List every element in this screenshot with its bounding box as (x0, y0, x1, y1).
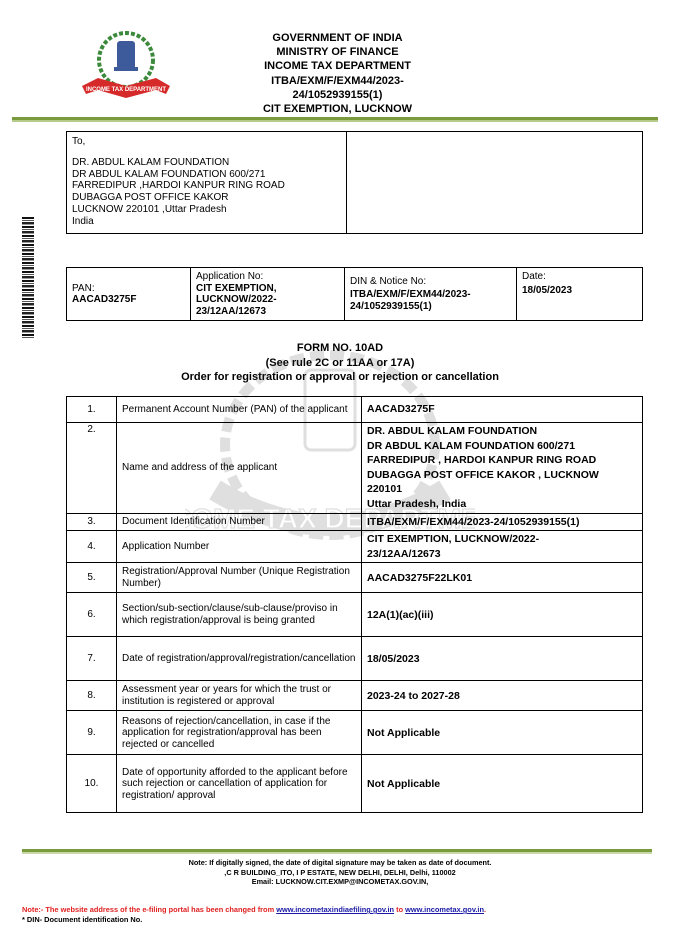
row-value-line: Uttar Pradesh, India (367, 497, 637, 512)
table-row: 3.Document Identification NumberITBA/EXM… (67, 513, 643, 531)
din-value: 24/1052939155(1) (350, 301, 511, 313)
row-value-line: DUBAGGA POST OFFICE KAKOR , LUCKNOW (367, 468, 637, 483)
row-label: Date of opportunity afforded to the appl… (117, 755, 362, 813)
application-value: LUCKNOW/2022- (196, 294, 339, 306)
income-tax-department-logo-icon: INCOME TAX DEPARTMENT (78, 28, 173, 106)
table-row: 4.Application NumberCIT EXEMPTION, LUCKN… (67, 531, 643, 563)
row-label: Section/sub-section/clause/sub-clause/pr… (117, 593, 362, 637)
signature-note: Note: If digitally signed, the date of d… (100, 858, 580, 868)
row-value: 2023-24 to 2027-28 (362, 681, 643, 711)
row-label: Reasons of rejection/cancellation, in ca… (117, 711, 362, 755)
date-value: 18/05/2023 (522, 285, 637, 297)
table-row: 9.Reasons of rejection/cancellation, in … (67, 711, 643, 755)
form-rule: (See rule 2C or 11AA or 17A) (100, 356, 580, 371)
header-line: ITBA/EXM/F/EXM44/2023- (200, 74, 475, 88)
row-value: Not Applicable (362, 711, 643, 755)
row-label: Date of registration/approval/registrati… (117, 637, 362, 681)
row-value-line: DR. ABDUL KALAM FOUNDATION (367, 424, 637, 439)
row-value: AACAD3275F22LK01 (362, 563, 643, 593)
portal-note-text: . (484, 905, 486, 914)
din-value: ITBA/EXM/F/EXM44/2023- (350, 289, 511, 301)
row-number: 8. (67, 681, 117, 711)
row-number: 5. (67, 563, 117, 593)
form-subject: Order for registration or approval or re… (100, 370, 580, 385)
svg-text:INCOME TAX DEPARTMENT: INCOME TAX DEPARTMENT (86, 87, 166, 93)
row-value-line: Not Applicable (367, 777, 637, 792)
portal-change-note: Note:- The website address of the e-fili… (22, 905, 486, 915)
footer-note: Note: If digitally signed, the date of d… (100, 858, 580, 887)
row-value: CIT EXEMPTION, LUCKNOW/2022-23/12AA/1267… (362, 531, 643, 563)
row-number: 10. (67, 755, 117, 813)
footer-divider (22, 849, 652, 854)
row-label: Registration/Approval Number (Unique Reg… (117, 563, 362, 593)
address-line: DR. ABDUL KALAM FOUNDATION (72, 157, 341, 169)
form-details-table: 1.Permanent Account Number (PAN) of the … (66, 396, 643, 813)
row-number: 9. (67, 711, 117, 755)
row-value: 18/05/2023 (362, 637, 643, 681)
application-value: CIT EXEMPTION, (196, 283, 339, 295)
address-line: India (72, 216, 341, 228)
row-value-line: ITBA/EXM/F/EXM44/2023-24/1052939155(1) (367, 515, 637, 530)
row-value-line: 2023-24 to 2027-28 (367, 689, 637, 704)
row-label: Application Number (117, 531, 362, 563)
row-label: Name and address of the applicant (117, 423, 362, 514)
header-divider (12, 117, 658, 122)
pan-cell: PAN: AACAD3275F (67, 268, 191, 321)
row-value-line: Not Applicable (367, 726, 637, 741)
address-line: DR ABDUL KALAM FOUNDATION 600/271 (72, 169, 341, 181)
row-value: AACAD3275F (362, 397, 643, 423)
recipient-address: To, DR. ABDUL KALAM FOUNDATION DR ABDUL … (67, 132, 347, 234)
din-label: DIN & Notice No: (350, 276, 511, 288)
portal-note-text: Note:- The website address of the e-fili… (22, 905, 276, 914)
header-title: GOVERNMENT OF INDIA MINISTRY OF FINANCE … (200, 31, 475, 116)
table-row: 6.Section/sub-section/clause/sub-clause/… (67, 593, 643, 637)
table-row: 5.Registration/Approval Number (Unique R… (67, 563, 643, 593)
row-value-line: 18/05/2023 (367, 652, 637, 667)
address-line: LUCKNOW 220101 ,Uttar Pradesh (72, 204, 341, 216)
address-line: DUBAGGA POST OFFICE KAKOR (72, 192, 341, 204)
table-row: 7.Date of registration/approval/registra… (67, 637, 643, 681)
row-value: ITBA/EXM/F/EXM44/2023-24/1052939155(1) (362, 513, 643, 531)
table-row: 1.Permanent Account Number (PAN) of the … (67, 397, 643, 423)
application-cell: Application No: CIT EXEMPTION, LUCKNOW/2… (191, 268, 345, 321)
application-value: 23/12AA/12673 (196, 306, 339, 318)
row-value-line: 220101 (367, 482, 637, 497)
recipient-address-box: To, DR. ABDUL KALAM FOUNDATION DR ABDUL … (66, 131, 643, 234)
row-value: DR. ABDUL KALAM FOUNDATIONDR ABDUL KALAM… (362, 423, 643, 514)
header-line: GOVERNMENT OF INDIA (200, 31, 475, 45)
office-address: ,C R BUILDING_ITO, I P ESTATE, NEW DELHI… (100, 868, 580, 878)
form-title: FORM NO. 10AD (See rule 2C or 11AA or 17… (100, 341, 580, 385)
row-value-line: FARREDIPUR , HARDOI KANPUR RING ROAD (367, 453, 637, 468)
row-number: 1. (67, 397, 117, 423)
to-label: To, (72, 136, 341, 148)
din-cell: DIN & Notice No: ITBA/EXM/F/EXM44/2023- … (345, 268, 517, 321)
row-label: Permanent Account Number (PAN) of the ap… (117, 397, 362, 423)
row-number: 3. (67, 513, 117, 531)
row-number: 4. (67, 531, 117, 563)
address-line: FARREDIPUR ,HARDOI KANPUR RING ROAD (72, 180, 341, 192)
row-value-line: AACAD3275F22LK01 (367, 571, 637, 586)
row-value-line: 23/12AA/12673 (367, 547, 637, 562)
new-portal-link[interactable]: www.incometax.gov.in (405, 905, 484, 914)
reference-info-box: PAN: AACAD3275F Application No: CIT EXEM… (66, 267, 643, 321)
barcode (22, 217, 34, 338)
row-number: 7. (67, 637, 117, 681)
row-number: 2. (67, 423, 117, 514)
date-label: Date: (522, 271, 637, 283)
portal-note-text: to (394, 905, 405, 914)
din-footnote: * DIN- Document identification No. (22, 915, 142, 925)
row-label: Document Identification Number (117, 513, 362, 531)
header-line: CIT EXEMPTION, LUCKNOW (200, 102, 475, 116)
header-line: MINISTRY OF FINANCE (200, 45, 475, 59)
header-line: INCOME TAX DEPARTMENT (200, 59, 475, 73)
table-row: 8.Assessment year or years for which the… (67, 681, 643, 711)
row-value: Not Applicable (362, 755, 643, 813)
pan-label: PAN: (72, 283, 185, 295)
row-value-line: CIT EXEMPTION, LUCKNOW/2022- (367, 532, 637, 547)
date-cell: Date: 18/05/2023 (517, 268, 643, 321)
row-value-line: AACAD3275F (367, 402, 637, 417)
row-value: 12A(1)(ac)(iii) (362, 593, 643, 637)
table-row: 2.Name and address of the applicantDR. A… (67, 423, 643, 514)
form-number: FORM NO. 10AD (100, 341, 580, 356)
header-line: 24/1052939155(1) (200, 88, 475, 102)
row-value-line: 12A(1)(ac)(iii) (367, 608, 637, 623)
row-value-line: DR ABDUL KALAM FOUNDATION 600/271 (367, 439, 637, 454)
office-email: Email: LUCKNOW.CIT.EXMP@INCOMETAX.GOV.IN… (100, 877, 580, 887)
old-portal-link[interactable]: www.incometaxindiaefiling.gov.in (276, 905, 394, 914)
row-label: Assessment year or years for which the t… (117, 681, 362, 711)
blank-cell (347, 132, 643, 234)
application-label: Application No: (196, 271, 339, 283)
table-row: 10.Date of opportunity afforded to the a… (67, 755, 643, 813)
pan-value: AACAD3275F (72, 294, 185, 306)
row-number: 6. (67, 593, 117, 637)
